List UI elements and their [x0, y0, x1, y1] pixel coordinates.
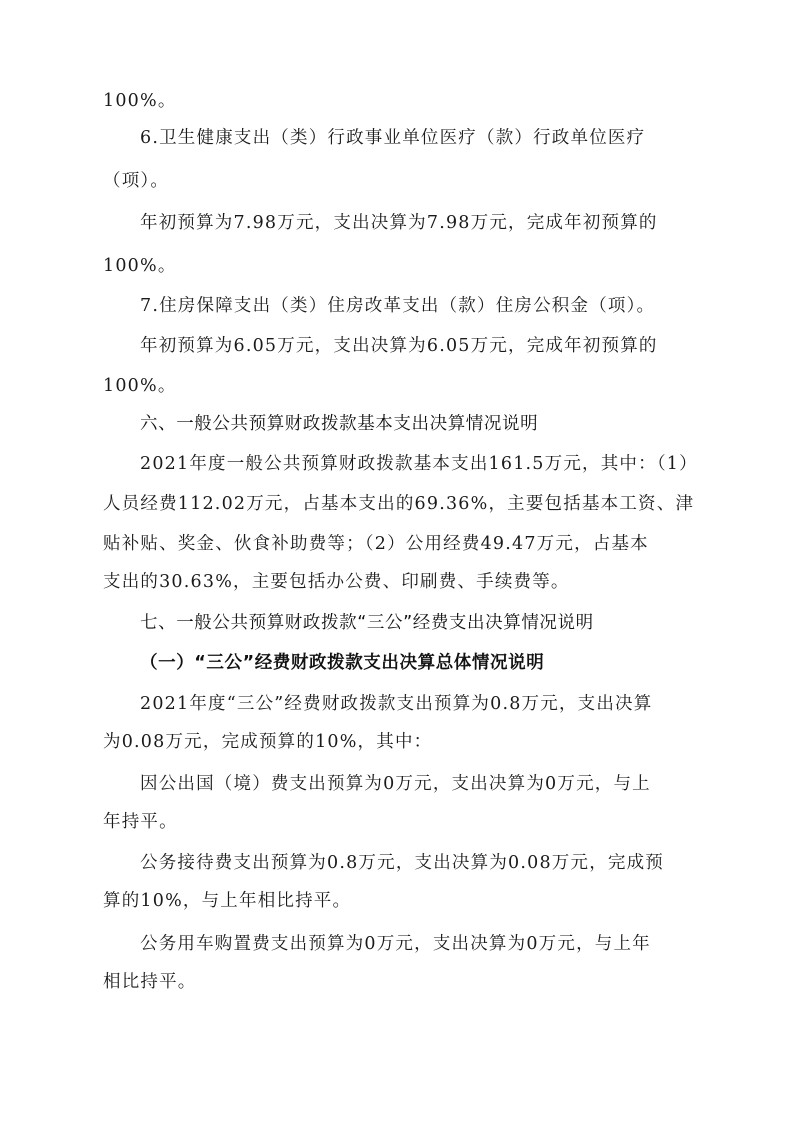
- paragraph-line-12: 贴补贴、奖金、伙食补助费等；（2）公用经费49.47万元，占基本: [103, 532, 649, 556]
- paragraph-line-4: 年初预算为7.98万元，支出决算为7.98万元，完成年初预算的: [140, 211, 658, 235]
- paragraph-line-6: 7.住房保障支出（类）住房改革支出（款）住房公积金（项）。: [140, 294, 655, 318]
- section-heading-7: 七、一般公共预算财政拨款“三公”经费支出决算情况说明: [140, 611, 594, 635]
- paragraph-line-2: 6.卫生健康支出（类）行政事业单位医疗（款）行政单位医疗: [140, 126, 645, 150]
- paragraph-line-19: 年持平。: [103, 810, 178, 834]
- paragraph-line-17: 为0.08万元，完成预算的10%，其中：: [103, 730, 432, 754]
- paragraph-line-5: 100%。: [103, 254, 177, 278]
- paragraph-line-22: 公务用车购置费支出预算为0万元，支出决算为0万元，与上年: [140, 932, 651, 956]
- paragraph-line-1: 100%。: [103, 89, 177, 113]
- paragraph-line-13: 支出的30.63%，主要包括办公费、印刷费、手续费等。: [103, 570, 570, 594]
- paragraph-line-21: 算的10%，与上年相比持平。: [103, 889, 351, 913]
- paragraph-line-23: 相比持平。: [103, 970, 197, 994]
- paragraph-line-11: 人员经费112.02万元，占基本支出的69.36%，主要包括基本工资、津: [103, 492, 694, 516]
- paragraph-line-10: 2021年度一般公共预算财政拨款基本支出161.5万元，其中：（1）: [140, 452, 698, 476]
- paragraph-line-3: （项）。: [103, 169, 169, 193]
- paragraph-line-18: 因公出国（境）费支出预算为0万元，支出决算为0万元，与上: [140, 772, 651, 796]
- section-heading-6: 六、一般公共预算财政拨款基本支出决算情况说明: [140, 412, 538, 436]
- paragraph-line-20: 公务接待费支出预算为0.8万元，支出决算为0.08万元，完成预: [140, 851, 664, 875]
- paragraph-line-8: 100%。: [103, 374, 177, 398]
- paragraph-line-16: 2021年度“三公”经费财政拨款支出预算为0.8万元，支出决算: [140, 692, 652, 716]
- subsection-heading-1: （一）“三公”经费财政拨款支出决算总体情况说明: [140, 651, 544, 675]
- paragraph-line-7: 年初预算为6.05万元，支出决算为6.05万元，完成年初预算的: [140, 334, 658, 358]
